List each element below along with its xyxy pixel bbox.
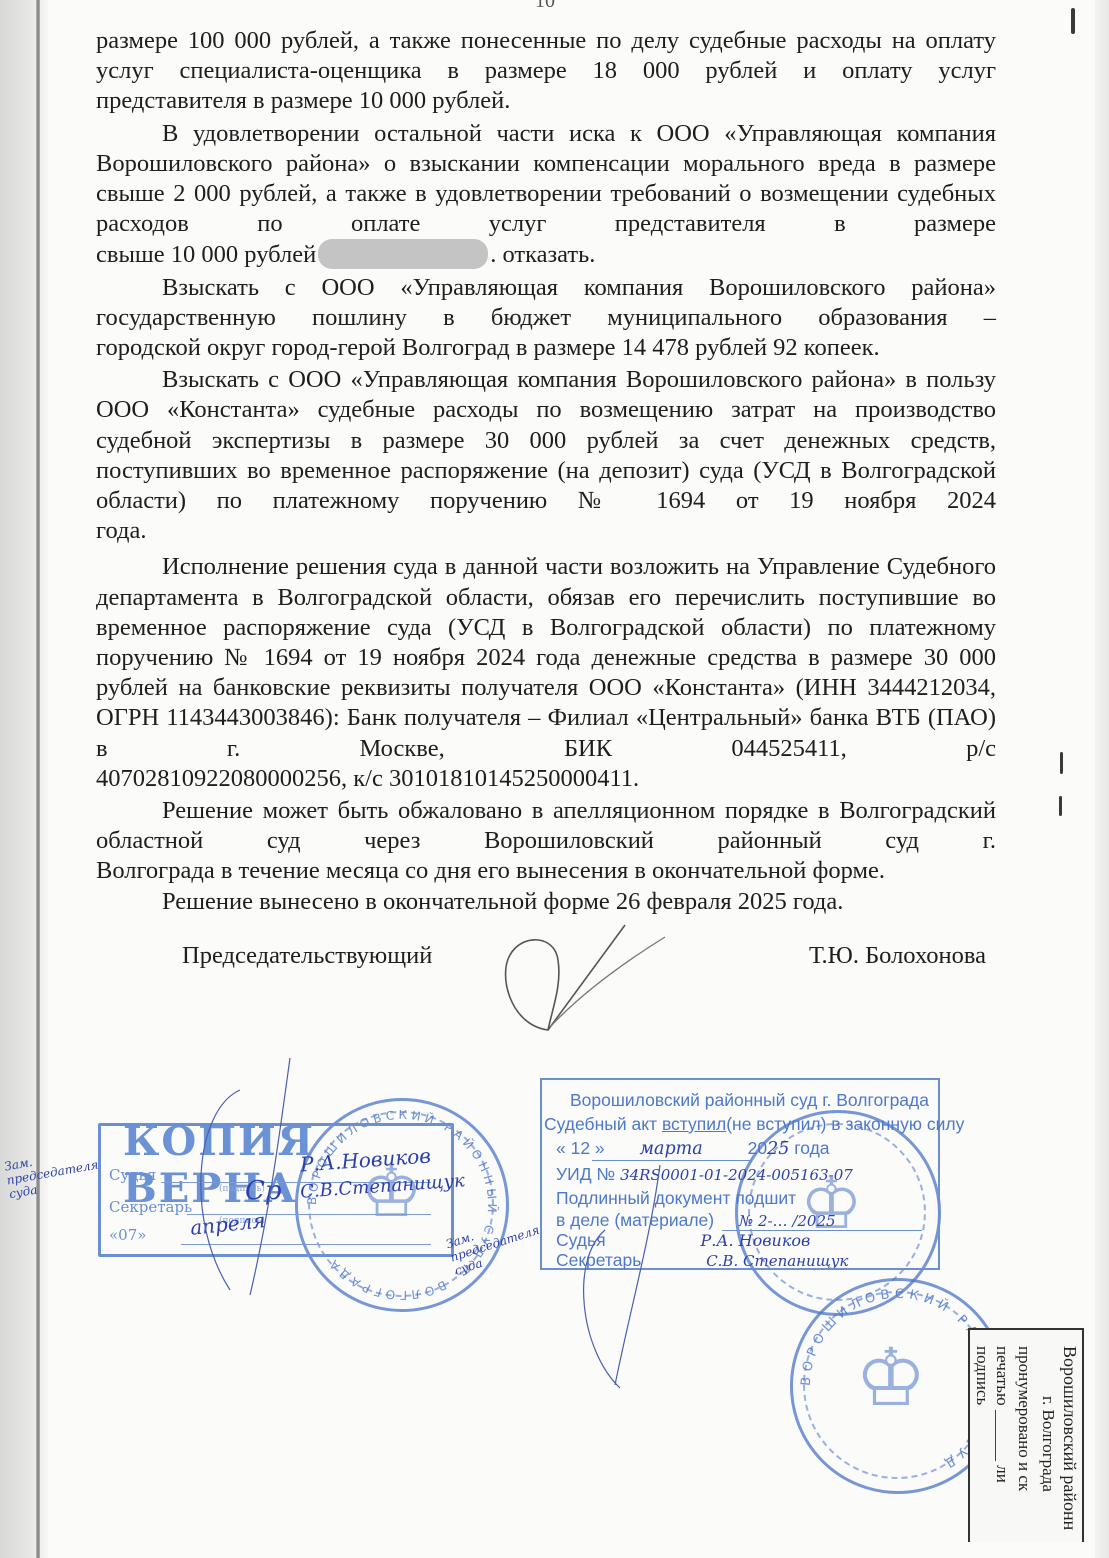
text-line: Решение может быть обжаловано в апелляци… [162, 797, 830, 824]
text-line: Взыскать с ООО «Управляющая компания Вор… [162, 274, 996, 301]
legal-stamp-judge-signature: Р.А. Новиков [701, 1231, 811, 1250]
text-line: Волгограда в течение месяца со дня его в… [96, 857, 885, 884]
paragraph-5: Исполнение решения суда в данной части в… [96, 552, 996, 763]
text-line: государственную пошлину в бюджет муницип… [96, 304, 996, 331]
scan-left-shadow [0, 0, 48, 1558]
text-line: Взыскать с ООО «Управляющая компания Вор… [162, 366, 917, 393]
paragraph-2: В удовлетворении остальной части иска к … [96, 119, 996, 240]
document-body: размере 100 000 рублей, а также понесенн… [96, 26, 996, 917]
edge-mark [1071, 8, 1075, 34]
redaction-block [318, 239, 488, 269]
text-line: . отказать. [490, 241, 595, 268]
paragraph-1-end: представителя в размере 10 000 рублей. [96, 86, 996, 116]
binding-line-1: Ворошиловский районн [1059, 1346, 1080, 1530]
pen-stroke-icon [180, 1050, 310, 1300]
legal-stamp-year: 25 [767, 1139, 789, 1159]
signer-name: Т.Ю. Болохонова [809, 942, 986, 970]
paragraph-4: Взыскать с ООО «Управляющая компания Вор… [96, 365, 996, 516]
legal-stamp-status: вступил [662, 1114, 726, 1134]
copy-stamp-date-day: «07» [109, 1226, 146, 1244]
pen-stroke-icon [560, 1160, 680, 1390]
paragraph-2-end: свыше 10 000 рублей. отказать. [96, 239, 996, 270]
legal-stamp-court: Ворошиловский районный суд г. Волгограда [570, 1090, 929, 1111]
legal-stamp-rest: (не вступил) в законную силу [726, 1114, 964, 1134]
binding-line-3: пронумеровано и ск [1014, 1346, 1034, 1491]
binding-line-4: печатью ______ ли [992, 1346, 1012, 1483]
text-line: 40702810922080000256, к/с 30101810145250… [96, 765, 639, 792]
paragraph-4-end: года. [96, 516, 996, 546]
paragraph-7: Решение вынесено в окончательной форме 2… [96, 887, 996, 917]
text-line: городской округ город-герой Волгоград в … [96, 334, 880, 361]
text-line: Решение вынесено в окончательной форме 2… [162, 888, 843, 915]
page-number: 10 [535, 0, 555, 13]
binding-line-5: подпись [972, 1346, 992, 1405]
paragraph-3-end: городской округ город-герой Волгоград в … [96, 333, 996, 363]
scan-right-edge [1095, 0, 1109, 1558]
legal-stamp-case-number: № 2-… /2025 [739, 1212, 836, 1230]
signer-role: Председательствующий [182, 942, 432, 970]
text-line: В удовлетворении остальной части иска к … [162, 120, 882, 147]
legal-stamp-prefix: Судебный акт [544, 1114, 657, 1134]
legal-stamp-year-suffix: года [794, 1138, 829, 1158]
legal-stamp-secretary-line [638, 1268, 928, 1269]
legal-stamp-date-row: « 12 » марта 2025 года [556, 1138, 830, 1159]
text-line: свыше 10 000 рублей [96, 241, 316, 268]
paragraph-1: размере 100 000 рублей, а также понесенн… [96, 26, 996, 86]
text-line: представителя в размере 10 000 рублей. [96, 87, 510, 114]
edge-mark [1059, 796, 1062, 816]
text-line: года. [96, 517, 146, 544]
text-line: Исполнение решения суда в данной части в… [162, 553, 880, 580]
text-line: размере 100 000 рублей, а также понесенн… [96, 27, 916, 54]
legal-stamp-month: марта [640, 1139, 703, 1159]
legal-stamp-year-prefix: 20 [748, 1138, 767, 1158]
paragraph-3: Взыскать с ООО «Управляющая компания Вор… [96, 273, 996, 333]
paragraph-5-end: 40702810922080000256, к/с 30101810145250… [96, 764, 996, 794]
edge-mark [1060, 752, 1063, 774]
judge-signature-icon [490, 915, 690, 1045]
legal-stamp-status-line: Судебный акт вступил(не вступил) в закон… [544, 1114, 964, 1135]
binding-margin-line [36, 0, 40, 1558]
legal-stamp-day: « 12 » [556, 1138, 605, 1158]
paragraph-6-end: Волгограда в течение месяца со дня его в… [96, 856, 996, 886]
paragraph-6: Решение может быть обжаловано в апелляци… [96, 796, 996, 856]
binding-line-2: г. Волгограда [1038, 1396, 1058, 1492]
binding-label: Ворошиловский районн г. Волгограда прону… [968, 1328, 1084, 1542]
